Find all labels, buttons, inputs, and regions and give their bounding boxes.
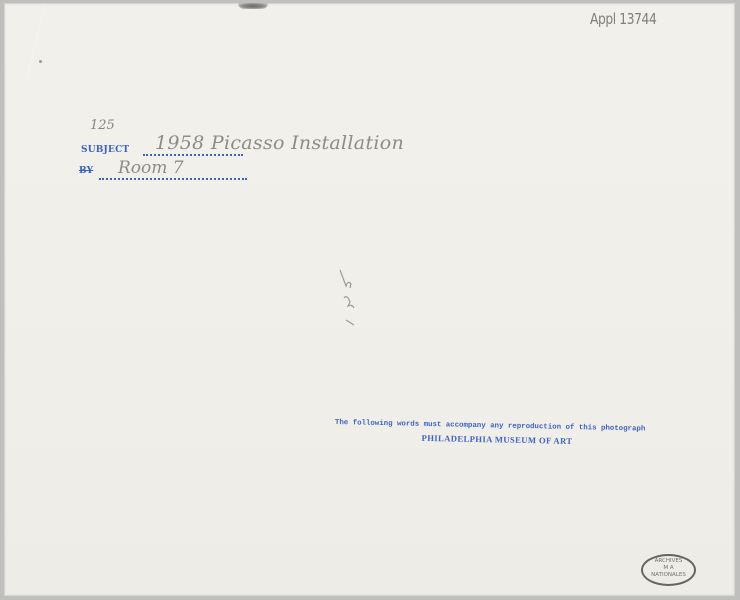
- subject-dotted-line: [143, 154, 243, 156]
- by-label: BY: [79, 166, 93, 176]
- archive-stamp-line3: NATIONALES: [643, 572, 694, 579]
- by-dotted-line: [99, 178, 247, 180]
- number-annotation: 125: [90, 118, 115, 133]
- archive-stamp-line2: M A: [643, 565, 694, 572]
- archive-stamp: ARCHIVES M A NATIONALES: [641, 554, 696, 586]
- photo-verso-page: [5, 4, 734, 595]
- paper-mark: [39, 60, 42, 63]
- accession-annotation: Appl 13744: [590, 10, 656, 28]
- subject-label: SUBJECT: [81, 145, 129, 155]
- margin-scribble-icon: [338, 268, 360, 328]
- by-value: Room 7: [118, 158, 184, 178]
- archive-stamp-line1: ARCHIVES: [643, 558, 694, 565]
- top-edge-tear: [238, 3, 268, 9]
- subject-value: 1958 Picasso Installation: [155, 132, 404, 154]
